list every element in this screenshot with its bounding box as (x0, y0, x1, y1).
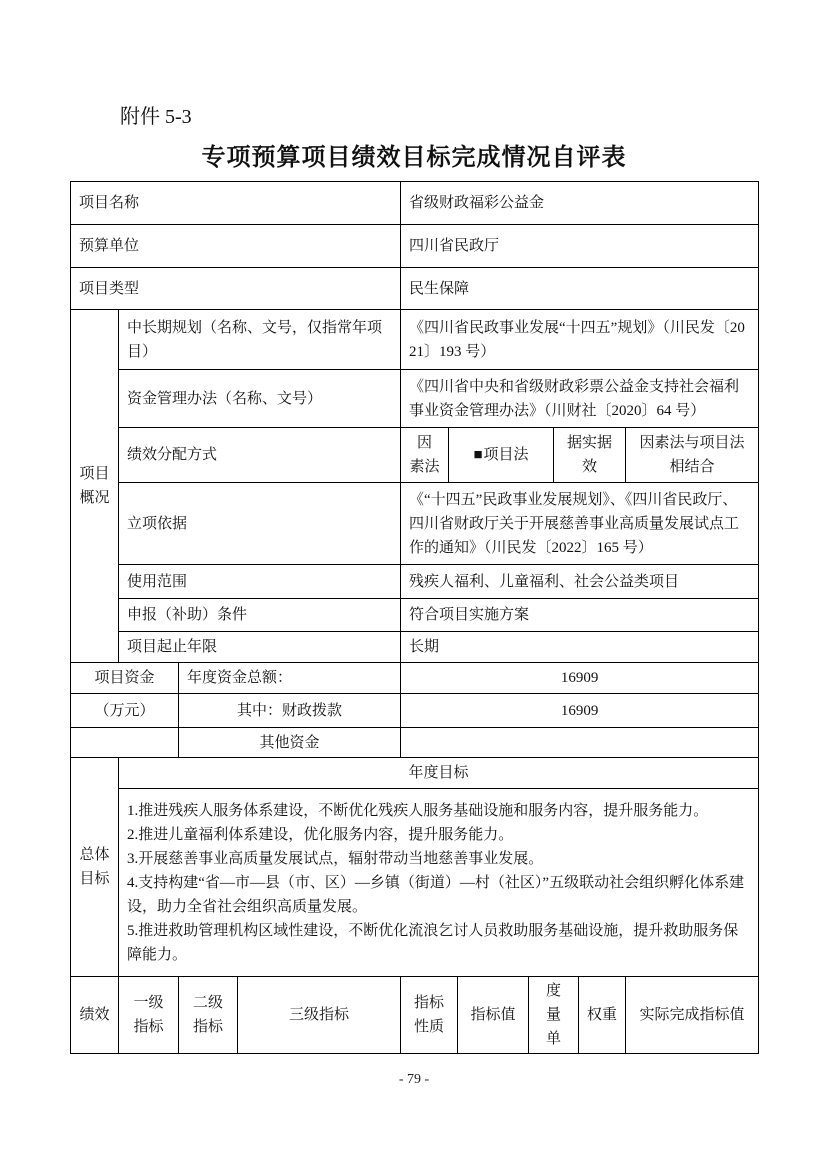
column-header-weight: 权重 (579, 977, 626, 1054)
field-label-annual-total-funds: 年度资金总额： (179, 663, 401, 694)
section-label-performance: 绩效 (71, 977, 119, 1054)
table-row: 项目资金 年度资金总额： 16909 (71, 663, 759, 694)
field-label-budget-unit: 预算单位 (71, 225, 401, 268)
field-label-fund-management: 资金管理办法（名称、文号） (119, 370, 401, 428)
field-label-usage-scope: 使用范围 (119, 565, 401, 599)
document-title: 专项预算项目绩效目标完成情况自评表 (70, 142, 758, 174)
field-value-project-type: 民生保障 (401, 268, 759, 310)
goal-item-3: 3.开展慈善事业高质量发展试点，辐射带动当地慈善事业发展。 (127, 847, 750, 871)
section-label-funding-unit: （万元） (71, 694, 179, 728)
goal-item-2: 2.推进儿童福利体系建设，优化服务内容，提升服务能力。 (127, 823, 750, 847)
evaluation-form-table: 项目名称 省级财政福彩公益金 预算单位 四川省民政厅 项目类型 民生保障 项目 … (70, 181, 759, 1054)
table-row: 申报（补助）条件 符合项目实施方案 (71, 599, 759, 632)
field-value-fund-management: 《四川省中央和省级财政彩票公益金支持社会福利事业资金管理办法》（川财社〔2020… (401, 370, 759, 428)
selected-checkbox-icon: ■ (473, 447, 482, 463)
table-row: 预算单位 四川省民政厅 (71, 225, 759, 268)
allocation-option-combined-method: 因素法与项目法 相结合 (626, 428, 759, 483)
column-header-level2-indicator: 二级 指标 (179, 977, 238, 1054)
field-label-other-funds: 其他资金 (179, 728, 401, 758)
annual-goals-header: 年度目标 (119, 758, 759, 789)
page-number: - 79 - (70, 1072, 758, 1088)
column-header-level1-indicator: 一级 指标 (119, 977, 179, 1054)
column-header-measure-unit: 度 量 单 (529, 977, 579, 1054)
column-header-indicator-value: 指标值 (458, 977, 529, 1054)
field-value-mid-term-plan: 《四川省民政事业发展“十四五”规划》（川民发〔2021〕193 号） (401, 310, 759, 370)
table-row: 项目名称 省级财政福彩公益金 (71, 182, 759, 225)
column-header-indicator-nature: 指标 性质 (401, 977, 458, 1054)
table-row: 使用范围 残疾人福利、儿童福利、社会公益类项目 (71, 565, 759, 599)
field-value-application-condition: 符合项目实施方案 (401, 599, 759, 632)
field-label-allocation-method: 绩效分配方式 (119, 428, 401, 483)
field-value-project-basis: 《“十四五”民政事业发展规划》、《四川省民政厅、四川省财政厅关于开展慈善事业高质… (401, 483, 759, 565)
field-label-project-basis: 立项依据 (119, 483, 401, 565)
annual-goals-content: 1.推进残疾人服务体系建设，不断优化残疾人服务基础设施和服务内容，提升服务能力。… (119, 789, 759, 977)
field-label-project-period: 项目起止年限 (119, 632, 401, 663)
table-row: 其他资金 (71, 728, 759, 758)
field-label-fiscal-appropriation: 其中：财政拨款 (179, 694, 401, 728)
field-label-project-name: 项目名称 (71, 182, 401, 225)
table-row: 立项依据 《“十四五”民政事业发展规划》、《四川省民政厅、四川省财政厅关于开展慈… (71, 483, 759, 565)
column-header-actual-completed-value: 实际完成指标值 (626, 977, 759, 1054)
table-row: 资金管理办法（名称、文号） 《四川省中央和省级财政彩票公益金支持社会福利事业资金… (71, 370, 759, 428)
goal-item-4: 4.支持构建“省—市—县（市、区）—乡镇（街道）—村（社区）”五级联动社会组织孵… (127, 871, 750, 919)
column-header-level3-indicator: 三级指标 (238, 977, 401, 1054)
attachment-label: 附件 5-3 (70, 0, 758, 130)
allocation-option-actual-basis: 据实据 效 (554, 428, 626, 483)
table-row: 项目起止年限 长期 (71, 632, 759, 663)
section-label-project-overview: 项目 概况 (71, 310, 119, 663)
field-value-budget-unit: 四川省民政厅 (401, 225, 759, 268)
table-row: 绩效 一级 指标 二级 指标 三级指标 指标 性质 指标值 度 量 单 权重 实… (71, 977, 759, 1054)
funding-label-empty-cell (71, 728, 179, 758)
field-label-application-condition: 申报（补助）条件 (119, 599, 401, 632)
field-label-mid-term-plan: 中长期规划（名称、文号，仅指常年项目） (119, 310, 401, 370)
goal-item-1: 1.推进残疾人服务体系建设，不断优化残疾人服务基础设施和服务内容，提升服务能力。 (127, 799, 750, 823)
field-value-annual-total-funds: 16909 (401, 663, 759, 694)
section-label-project-funding: 项目资金 (71, 663, 179, 694)
table-row: 项目类型 民生保障 (71, 268, 759, 310)
section-label-overall-goals: 总体 目标 (71, 758, 119, 977)
table-row: 绩效分配方式 因 素法 ■项目法 据实据 效 因素法与项目法 相结合 (71, 428, 759, 483)
document-sheet: 附件 5-3 专项预算项目绩效目标完成情况自评表 项目名称 省级财政福彩公益金 … (70, 0, 758, 1088)
field-value-project-period: 长期 (401, 632, 759, 663)
field-value-other-funds (401, 728, 759, 758)
allocation-option-project-method-label: 项目法 (484, 447, 529, 463)
allocation-option-factor-method: 因 素法 (401, 428, 449, 483)
table-row: 总体 目标 年度目标 (71, 758, 759, 789)
field-value-project-name: 省级财政福彩公益金 (401, 182, 759, 225)
field-label-project-type: 项目类型 (71, 268, 401, 310)
allocation-option-project-method: ■项目法 (449, 428, 554, 483)
goal-item-5: 5.推进救助管理机构区域性建设，不断优化流浪乞讨人员救助服务基础设施，提升救助服… (127, 919, 750, 967)
table-row: （万元） 其中：财政拨款 16909 (71, 694, 759, 728)
field-value-fiscal-appropriation: 16909 (401, 694, 759, 728)
field-value-usage-scope: 残疾人福利、儿童福利、社会公益类项目 (401, 565, 759, 599)
document-page: 附件 5-3 专项预算项目绩效目标完成情况自评表 项目名称 省级财政福彩公益金 … (0, 0, 826, 1169)
table-row: 项目 概况 中长期规划（名称、文号，仅指常年项目） 《四川省民政事业发展“十四五… (71, 310, 759, 370)
table-row: 1.推进残疾人服务体系建设，不断优化残疾人服务基础设施和服务内容，提升服务能力。… (71, 789, 759, 977)
